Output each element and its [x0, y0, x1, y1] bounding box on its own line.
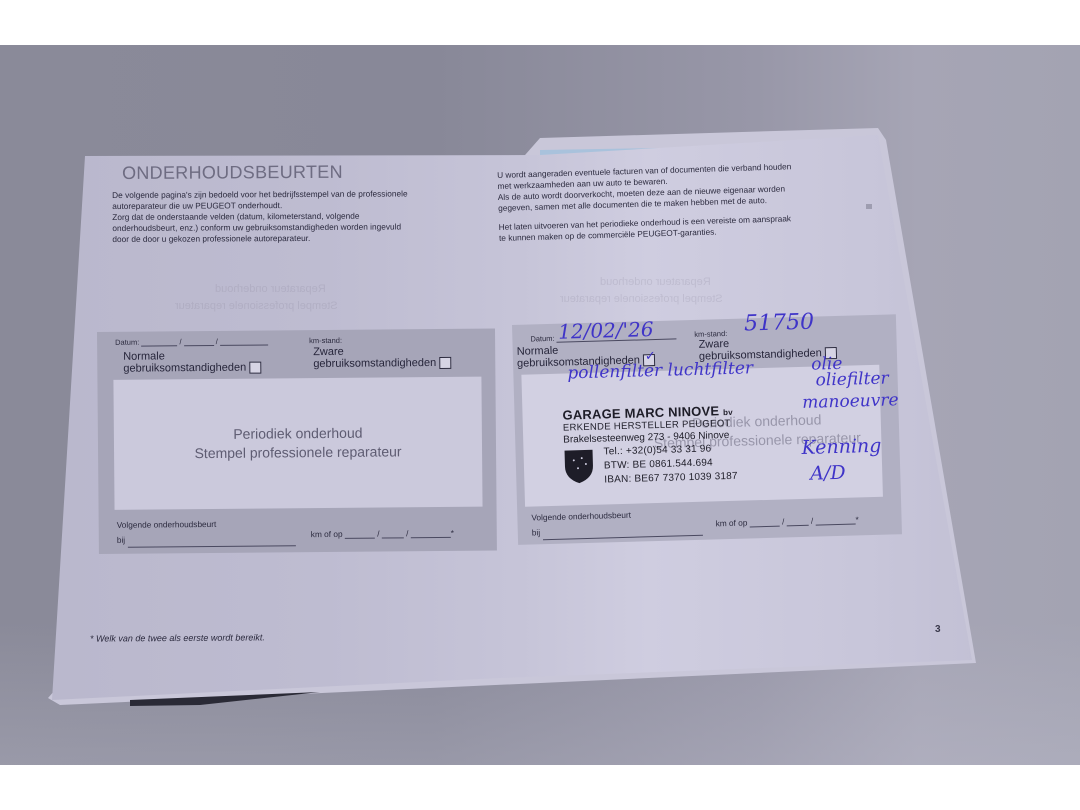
stamp-placeholder-line: Stempel professionele reparateur	[114, 442, 482, 464]
handwritten-note: manoeuvre	[802, 390, 899, 413]
date-separator: /	[811, 516, 814, 526]
garage-suffix: bv	[723, 408, 733, 417]
asterisk: *	[451, 528, 454, 538]
page-marker	[866, 204, 872, 209]
heavy-conditions-checkbox[interactable]	[439, 357, 451, 369]
intro-line: door de door u gekozen professionele aut…	[112, 232, 492, 245]
invoice-advice-paragraph: U wordt aangeraden eventuele facturen va…	[497, 159, 859, 244]
stamp-placeholder: Periodiek onderhoud Stempel professionel…	[114, 423, 482, 464]
date-separator: /	[216, 337, 218, 346]
right-page-intro: U wordt aangeraden eventuele facturen va…	[497, 159, 859, 244]
checkmark-icon: ✓	[645, 350, 656, 361]
date-separator: /	[377, 529, 379, 539]
date-separator: /	[782, 516, 785, 526]
next-service-field[interactable]: Volgende onderhoudsbeurt bij	[117, 516, 296, 548]
booklet-content: Reparateur onderhoud Stempel professione…	[0, 0, 1080, 810]
show-through-text: Reparateur onderhoud	[215, 283, 326, 295]
km-label: km-stand:	[309, 336, 342, 345]
heavy-conditions-option[interactable]: Zware gebruiksomstandigheden	[313, 346, 451, 370]
asterisk: *	[855, 514, 859, 524]
date-separator: /	[179, 337, 181, 346]
garage-stamp: GARAGE MARC NINOVE bv ERKENDE HERSTELLER…	[562, 379, 738, 489]
date-label: Datum:	[530, 334, 554, 344]
show-through-text: Stempel professionele reparateur	[175, 300, 338, 312]
page-number: 3	[935, 624, 941, 635]
handwritten-km: 51750	[744, 310, 815, 337]
left-page-intro: ONDERHOUDSBEURTEN De volgende pagina's z…	[112, 161, 492, 245]
handwritten-note: Kenning	[801, 435, 881, 459]
maintenance-form-2: Datum: 12/02/'26 km-stand: 51750 Normale…	[512, 314, 902, 545]
stamp-area: Periodiek onderhoud Stempel professionel…	[521, 365, 883, 507]
heavy-label: gebruiksomstandigheden	[313, 357, 436, 370]
show-through-text: Stempel professionele reparateur	[560, 293, 723, 305]
garage-iban: IBAN: BE67 7370 1039 3187	[604, 470, 738, 488]
normal-conditions-checkbox[interactable]	[249, 362, 261, 374]
date-separator: /	[406, 528, 408, 538]
km-of-op-label: km of op	[715, 518, 747, 529]
stamp-area: Periodiek onderhoud Stempel professionel…	[113, 377, 482, 510]
normal-label: gebruiksomstandigheden	[123, 362, 246, 375]
handwritten-date: 12/02/'26	[558, 317, 654, 344]
footnote: * Welk van de twee als eerste wordt bere…	[90, 632, 265, 643]
next-service-label: Volgende onderhoudsbeurt	[531, 506, 702, 526]
next-service-label: bij	[117, 535, 125, 545]
peugeot-shield-icon	[563, 448, 594, 485]
km-of-op-label: km of op	[311, 529, 343, 539]
show-through-text: Reparateur onderhoud	[600, 276, 711, 288]
maintenance-form-1: Datum: / / km-stand: Normale gebruiksoms…	[97, 329, 497, 554]
next-service-km-date[interactable]: km of op / / *	[715, 514, 858, 528]
page-title: ONDERHOUDSBEURTEN	[122, 161, 492, 184]
handwritten-note: oliefilter	[815, 369, 888, 391]
next-service-label: Volgende onderhoudsbeurt	[117, 516, 296, 533]
next-service-field[interactable]: Volgende onderhoudsbeurt bij	[531, 506, 702, 541]
km-field[interactable]: km-stand:	[309, 336, 342, 345]
date-label: Datum:	[115, 338, 139, 347]
handwritten-note: A/D	[810, 462, 846, 485]
date-field[interactable]: Datum: / /	[115, 337, 268, 347]
next-service-km-date[interactable]: km of op / / *	[311, 528, 454, 539]
normal-conditions-option[interactable]: Normale gebruiksomstandigheden	[123, 351, 261, 375]
intro-paragraph: De volgende pagina's zijn bedoeld voor h…	[112, 188, 492, 245]
next-service-label: bij	[532, 527, 541, 537]
